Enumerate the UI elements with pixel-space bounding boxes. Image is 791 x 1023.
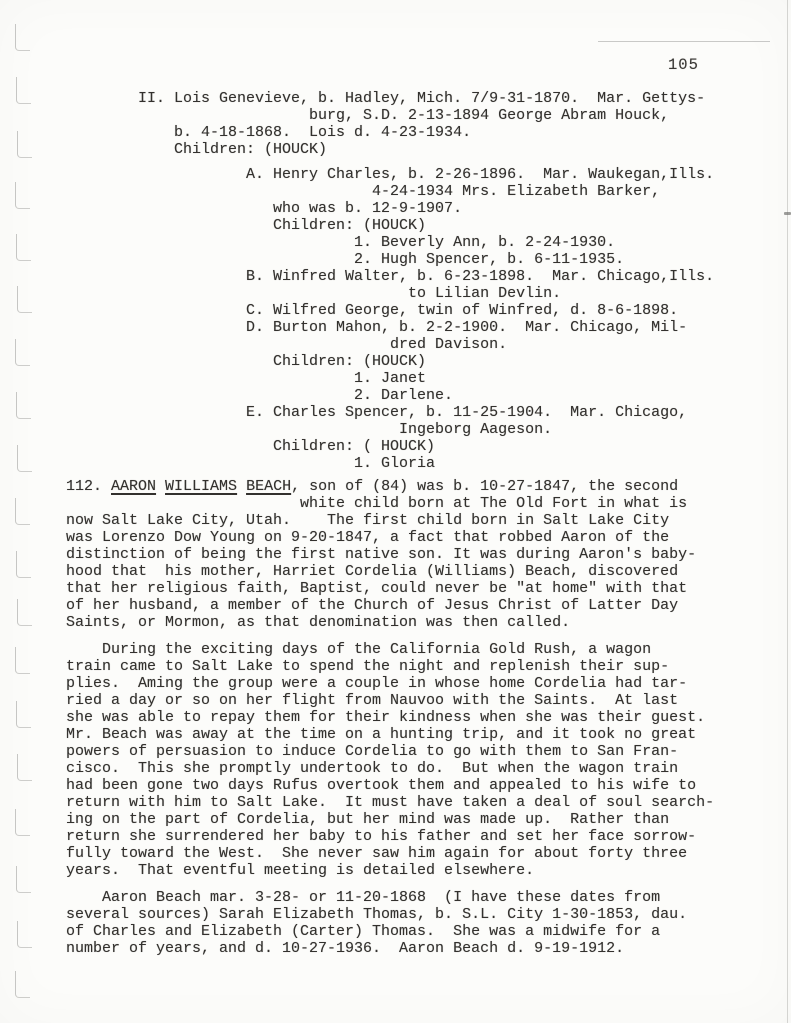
scanned-genealogy-page: 105 II. Lois Genevieve, b. Hadley, Mich.… (0, 0, 791, 1023)
heading-continuation: , son of (84) was b. 10-27-1847, the sec… (291, 478, 678, 495)
marriage-paragraph: Aaron Beach mar. 3-28- or 11-20-1868 (I … (66, 889, 714, 957)
aaron-beach-paragraph: white child born at The Old Fort in what… (66, 495, 714, 631)
underlined-name-word: BEACH (246, 478, 291, 495)
binding-mark-icon (17, 921, 32, 948)
scan-edge-mark (784, 212, 791, 215)
underlined-name-word: AARON (111, 478, 156, 495)
binding-mark-icon (17, 445, 32, 472)
aaron-beach-heading-line: 112. AARON WILLIAMS BEACH, son of (84) w… (66, 478, 714, 495)
scan-edge-line (787, 0, 788, 1023)
binding-mark-icon (16, 234, 31, 261)
binding-mark-icon (17, 599, 32, 626)
binding-mark-icon (17, 754, 32, 781)
binding-mark-icon (15, 498, 30, 525)
binding-mark-icon (15, 647, 30, 674)
page-number: 105 (668, 56, 699, 74)
binding-mark-icon (17, 131, 32, 158)
scan-artifact-line (598, 41, 770, 42)
binding-mark-icon (15, 24, 30, 51)
binding-mark-icon (16, 701, 31, 728)
binding-mark-icon (16, 77, 31, 104)
houck-children-list: A. Henry Charles, b. 2-26-1896. Mar. Wau… (66, 166, 714, 472)
binding-mark-icon (16, 392, 31, 419)
binding-mark-icon (16, 866, 31, 893)
entry-number: 112. (66, 478, 111, 495)
binding-mark-icon (16, 551, 31, 578)
binding-mark-icon (17, 286, 32, 313)
binding-mark-icon (15, 339, 30, 366)
binding-mark-icon (15, 182, 30, 209)
lois-genevieve-entry: II. Lois Genevieve, b. Hadley, Mich. 7/9… (66, 90, 714, 158)
gold-rush-paragraph: During the exciting days of the Californ… (66, 641, 714, 879)
underlined-name-word: WILLIAMS (165, 478, 237, 495)
binding-mark-icon (15, 809, 30, 836)
binding-mark-icon (15, 971, 30, 998)
typewritten-text: II. Lois Genevieve, b. Hadley, Mich. 7/9… (66, 90, 714, 957)
